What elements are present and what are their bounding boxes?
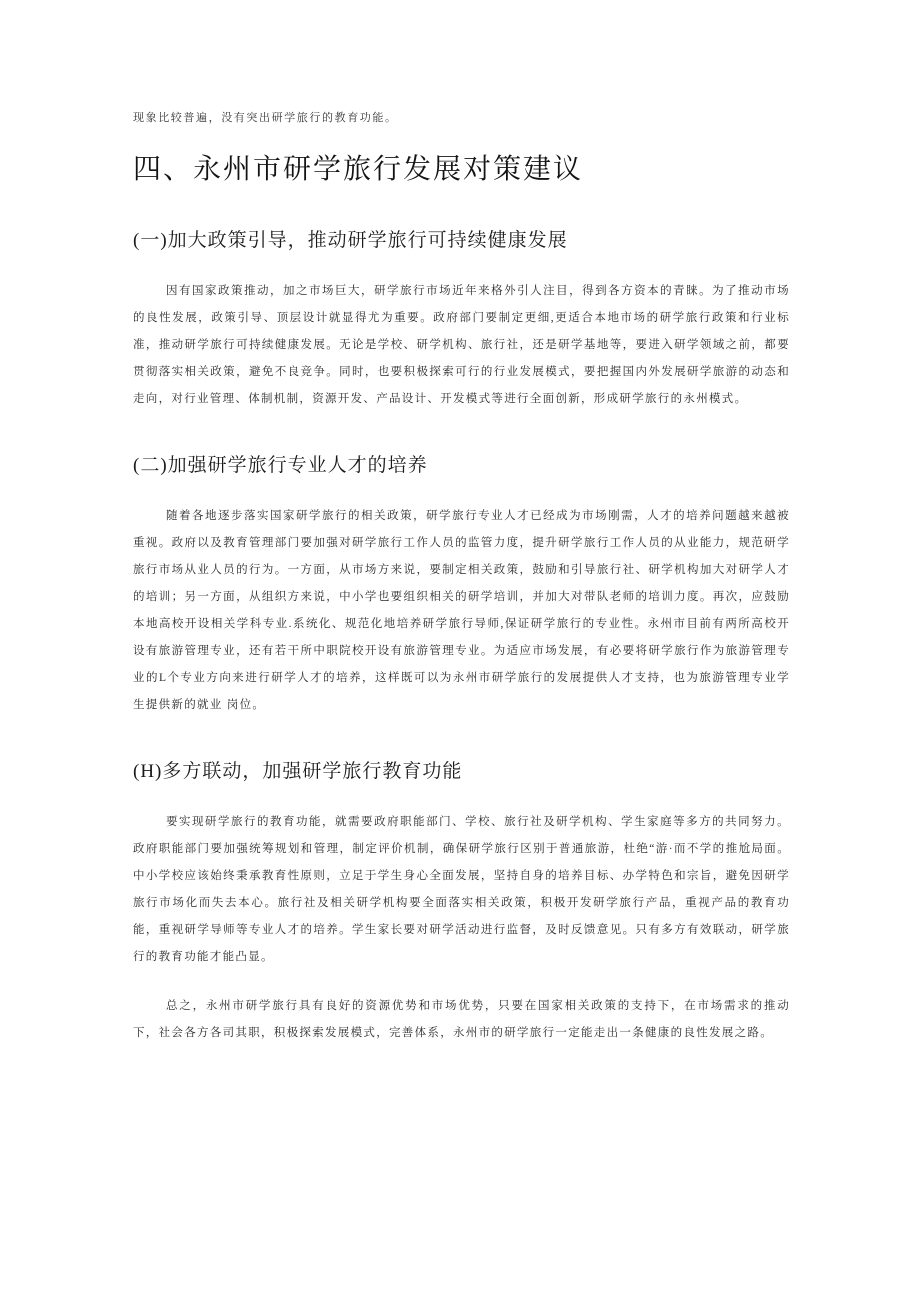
- section-1-body: 因有国家政策推动，加之市场巨大，研学旅行市场近年来格外引人注目，得到各方资本的青…: [133, 278, 790, 413]
- section-2-body: 随着各地逐步落实国家研学旅行的相关政策，研学旅行专业人才已经成为市场刚需，人才的…: [133, 503, 790, 719]
- document-page: 现象比较普遍，没有突出研学旅行的教育功能。 四、永州市研学旅行发展对策建议 (一…: [0, 0, 920, 1301]
- document-title: 四、永州市研学旅行发展对策建议: [133, 152, 790, 188]
- section-3-heading: (H)多方联动，加强研学旅行教育功能: [133, 759, 790, 785]
- closing-paragraph: 总之，永州市研学旅行具有良好的资源优势和市场优势，只要在国家相关政策的支持下，在…: [133, 993, 790, 1047]
- intro-line: 现象比较普遍，没有突出研学旅行的教育功能。: [133, 110, 790, 126]
- section-2-heading: (二)加强研学旅行专业人才的培养: [133, 453, 790, 479]
- section-1-heading: (一)加大政策引导，推动研学旅行可持续健康发展: [133, 228, 790, 254]
- section-3-body: 要实现研学旅行的教育功能，就需要政府职能部门、学校、旅行社及研学机构、学生家庭等…: [133, 809, 790, 971]
